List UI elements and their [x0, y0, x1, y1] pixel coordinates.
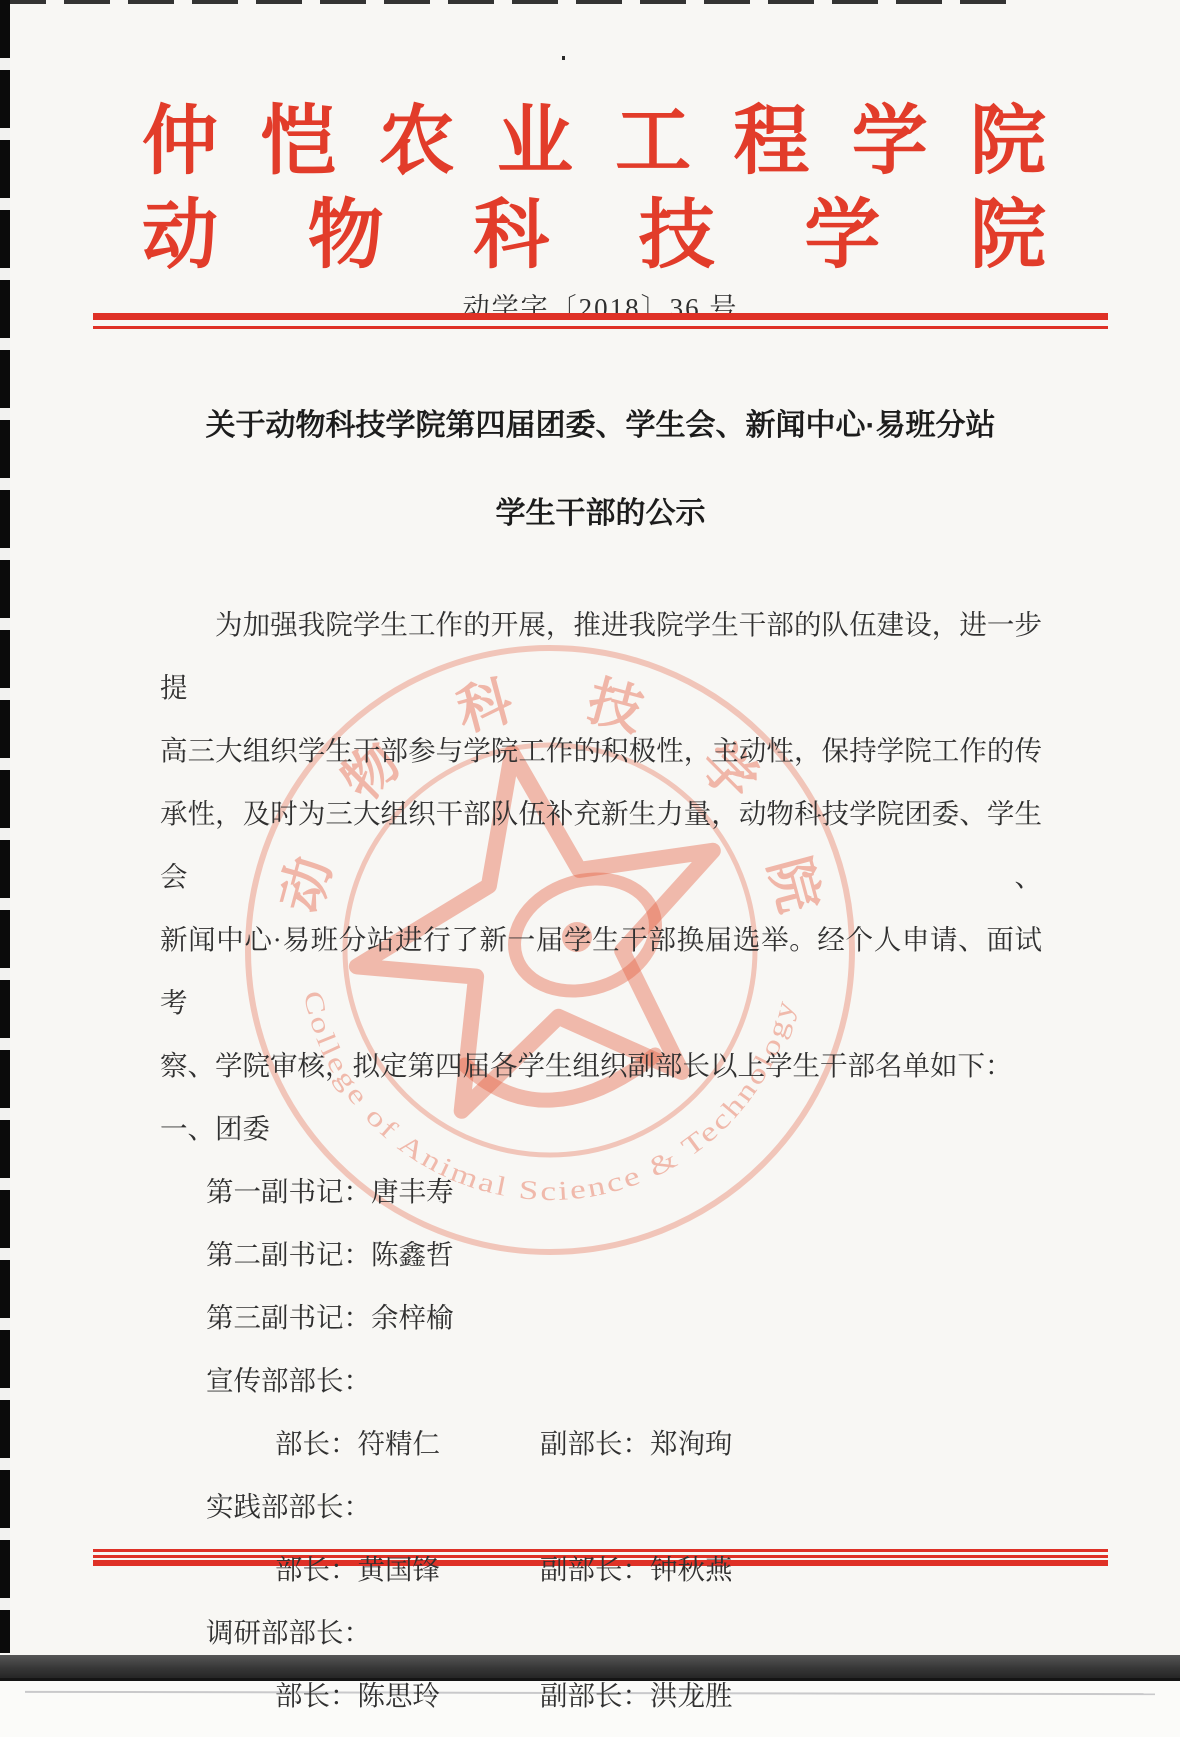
section-heading: 一、团委 [160, 1097, 1042, 1160]
department-heading: 实践部部长： [160, 1475, 1042, 1538]
letterhead-line-1: 仲恺农业工程学院 [142, 102, 1046, 182]
department-names-row: 部长：黄国锋副部长：钟秋燕 [160, 1538, 1042, 1601]
secretary-line: 第一副书记：唐丰寿 [160, 1160, 1042, 1223]
department-names-row: 部长：符精仁副部长：郑洵珣 [160, 1412, 1042, 1475]
paragraph-line: 高三大组织学生干部参与学院工作的积极性，主动性，保持学院工作的传 [160, 719, 1042, 782]
deputy-name: 副部长：钟秋燕 [540, 1554, 733, 1585]
red-separator-top [93, 313, 1108, 329]
separator-thin-line [93, 326, 1108, 329]
paragraph-line: 察、学院审核，拟定第四届各学生组织副部长以上学生干部名单如下： [160, 1034, 1042, 1097]
document-title-line-2: 学生干部的公示 [93, 488, 1108, 532]
paragraph-line: 为加强我院学生工作的开展，推进我院学生干部的队伍建设，进一步提 [160, 593, 1042, 719]
paragraph-line: 新闻中心·易班分站进行了新一届学生干部换届选举。经个人申请、面试考 [160, 908, 1042, 1034]
chief-name: 部长：陈思玲 [275, 1680, 440, 1711]
letterhead: 仲恺农业工程学院 动物科技学院 [142, 102, 1046, 276]
deputy-name: 副部长：洪龙胜 [540, 1680, 733, 1711]
scan-artifact-top-edge [0, 0, 1012, 4]
department-heading: 宣传部部长： [160, 1349, 1042, 1412]
chief-name: 部长：黄国锋 [275, 1554, 440, 1585]
letterhead-line-2: 动物科技学院 [142, 196, 1046, 276]
scan-speck [562, 56, 565, 60]
document-title-line-1: 关于动物科技学院第四届团委、学生会、新闻中心·易班分站 [93, 400, 1108, 444]
department-names-row: 部长：陈思玲副部长：洪龙胜 [160, 1664, 1042, 1727]
department-heading: 调研部部长： [160, 1601, 1042, 1664]
secretary-line: 第三副书记：余梓榆 [160, 1286, 1042, 1349]
deputy-name: 副部长：郑洵珣 [540, 1428, 733, 1459]
paragraph-line: 承性，及时为三大组织干部队伍补充新生力量，动物科技学院团委、学生会、 [160, 782, 1042, 908]
scan-artifact-left-edge [0, 0, 10, 1653]
chief-name: 部长：符精仁 [275, 1428, 440, 1459]
document-body: 为加强我院学生工作的开展，推进我院学生干部的队伍建设，进一步提 高三大组织学生干… [160, 593, 1042, 1727]
secretary-line: 第二副书记：陈鑫哲 [160, 1223, 1042, 1286]
scanned-document-page: 仲恺农业工程学院 动物科技学院 动学字〔2018〕36 号 动 物 科 技 学 … [0, 0, 1180, 1655]
separator-thick-line [93, 313, 1108, 320]
